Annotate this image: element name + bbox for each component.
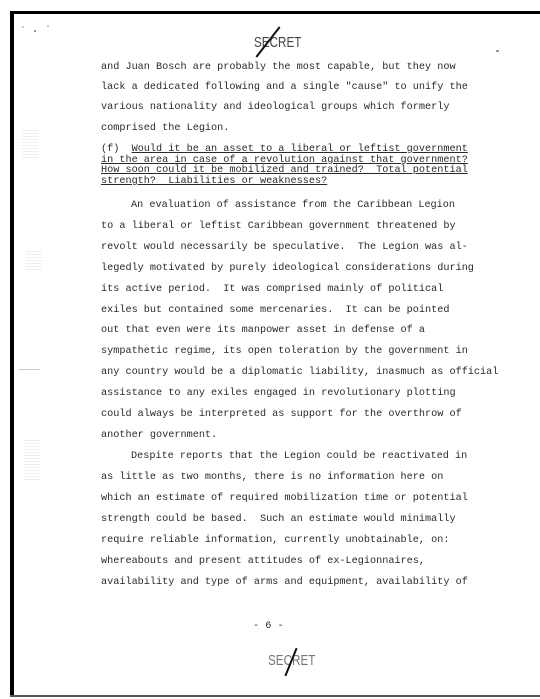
question-line: strength? Liabilities or weaknesses? xyxy=(101,177,327,188)
scan-speck xyxy=(18,369,40,370)
text-line: as little as two months, there is no inf… xyxy=(101,472,443,484)
text-line: require reliable information, currently … xyxy=(101,535,449,547)
text-line: assistance to any exiles engaged in revo… xyxy=(101,388,456,400)
question-line: How soon could it be mobilized and train… xyxy=(101,166,468,177)
text-line: which an estimate of required mobilizati… xyxy=(101,493,468,505)
page-border-top xyxy=(10,11,540,14)
text-line: comprised the Legion. xyxy=(101,123,229,135)
text-line: sympathetic regime, its open toleration … xyxy=(101,346,468,358)
text-line: to a liberal or leftist Caribbean govern… xyxy=(101,221,456,233)
text-line: and Juan Bosch are probably the most cap… xyxy=(101,62,456,74)
page-border-bottom xyxy=(10,695,540,697)
question-label: (f) xyxy=(101,144,119,155)
text-line: legedly motivated by purely ideological … xyxy=(101,263,474,275)
text-line: Despite reports that the Legion could be… xyxy=(131,451,467,463)
scan-speck xyxy=(496,50,499,52)
text-line: availability and type of arms and equipm… xyxy=(101,577,468,589)
text-line: whereabouts and present attitudes of ex-… xyxy=(101,556,425,568)
text-line: lack a dedicated following and a single … xyxy=(101,82,468,94)
scan-speck xyxy=(22,26,24,28)
text-line: exiles but contained some mercenaries. I… xyxy=(101,305,449,317)
scan-speck xyxy=(47,25,49,27)
text-line: various nationality and ideological grou… xyxy=(101,102,449,114)
scan-speck xyxy=(34,30,36,32)
question-line: Would it be an asset to a liberal or lef… xyxy=(132,144,468,155)
text-line: could always be interpreted as support f… xyxy=(101,409,462,421)
text-line: revolt would necessarily be speculative.… xyxy=(101,242,468,254)
text-line: An evaluation of assistance from the Car… xyxy=(131,200,455,212)
text-line: any country would be a diplomatic liabil… xyxy=(101,367,498,379)
page-number: - 6 - xyxy=(253,621,284,633)
text-line: another government. xyxy=(101,430,217,442)
page-border-left xyxy=(10,11,14,697)
scan-smudge xyxy=(22,130,38,158)
scan-smudge xyxy=(24,440,40,480)
scan-smudge xyxy=(26,250,42,270)
text-line: out that even were its manpower asset in… xyxy=(101,325,425,337)
text-line: strength could be based. Such an estimat… xyxy=(101,514,456,526)
text-line: its active period. It was comprised main… xyxy=(101,284,443,296)
